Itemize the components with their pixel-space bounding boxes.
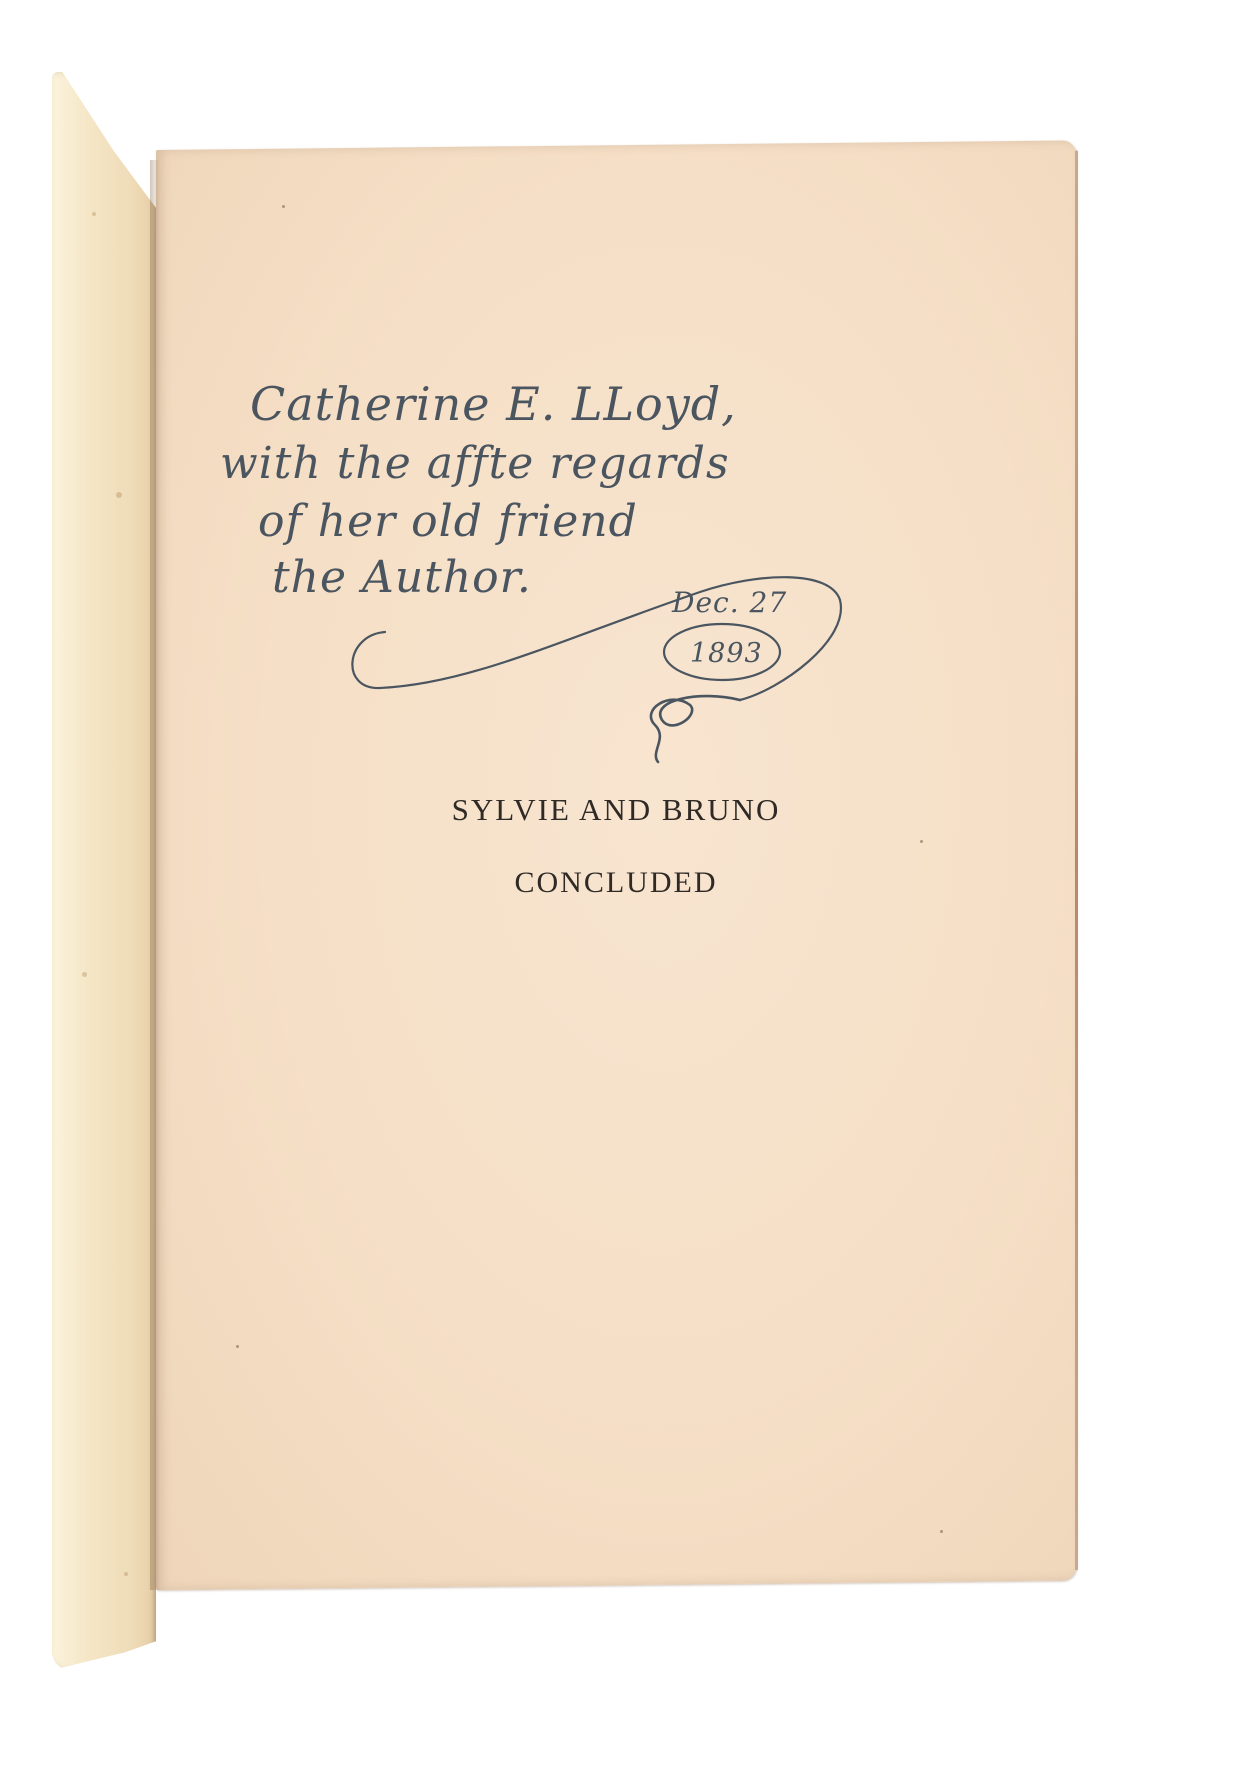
foxing-spot (236, 1345, 239, 1348)
curled-flyleaf (52, 72, 156, 1670)
book-subtitle: CONCLUDED (156, 866, 1076, 900)
foxing-spot (116, 492, 122, 498)
foxing-spot (282, 205, 285, 208)
book-photo: Catherine E. LLoyd, with the affte regar… (0, 0, 1248, 1768)
foxing-spot (940, 1530, 943, 1533)
foxing-spot (92, 212, 96, 216)
foxing-spot (124, 1572, 128, 1576)
foxing-spot (920, 840, 923, 843)
foxing-spot (82, 972, 87, 977)
book-title: SYLVIE AND BRUNO (156, 792, 1076, 828)
